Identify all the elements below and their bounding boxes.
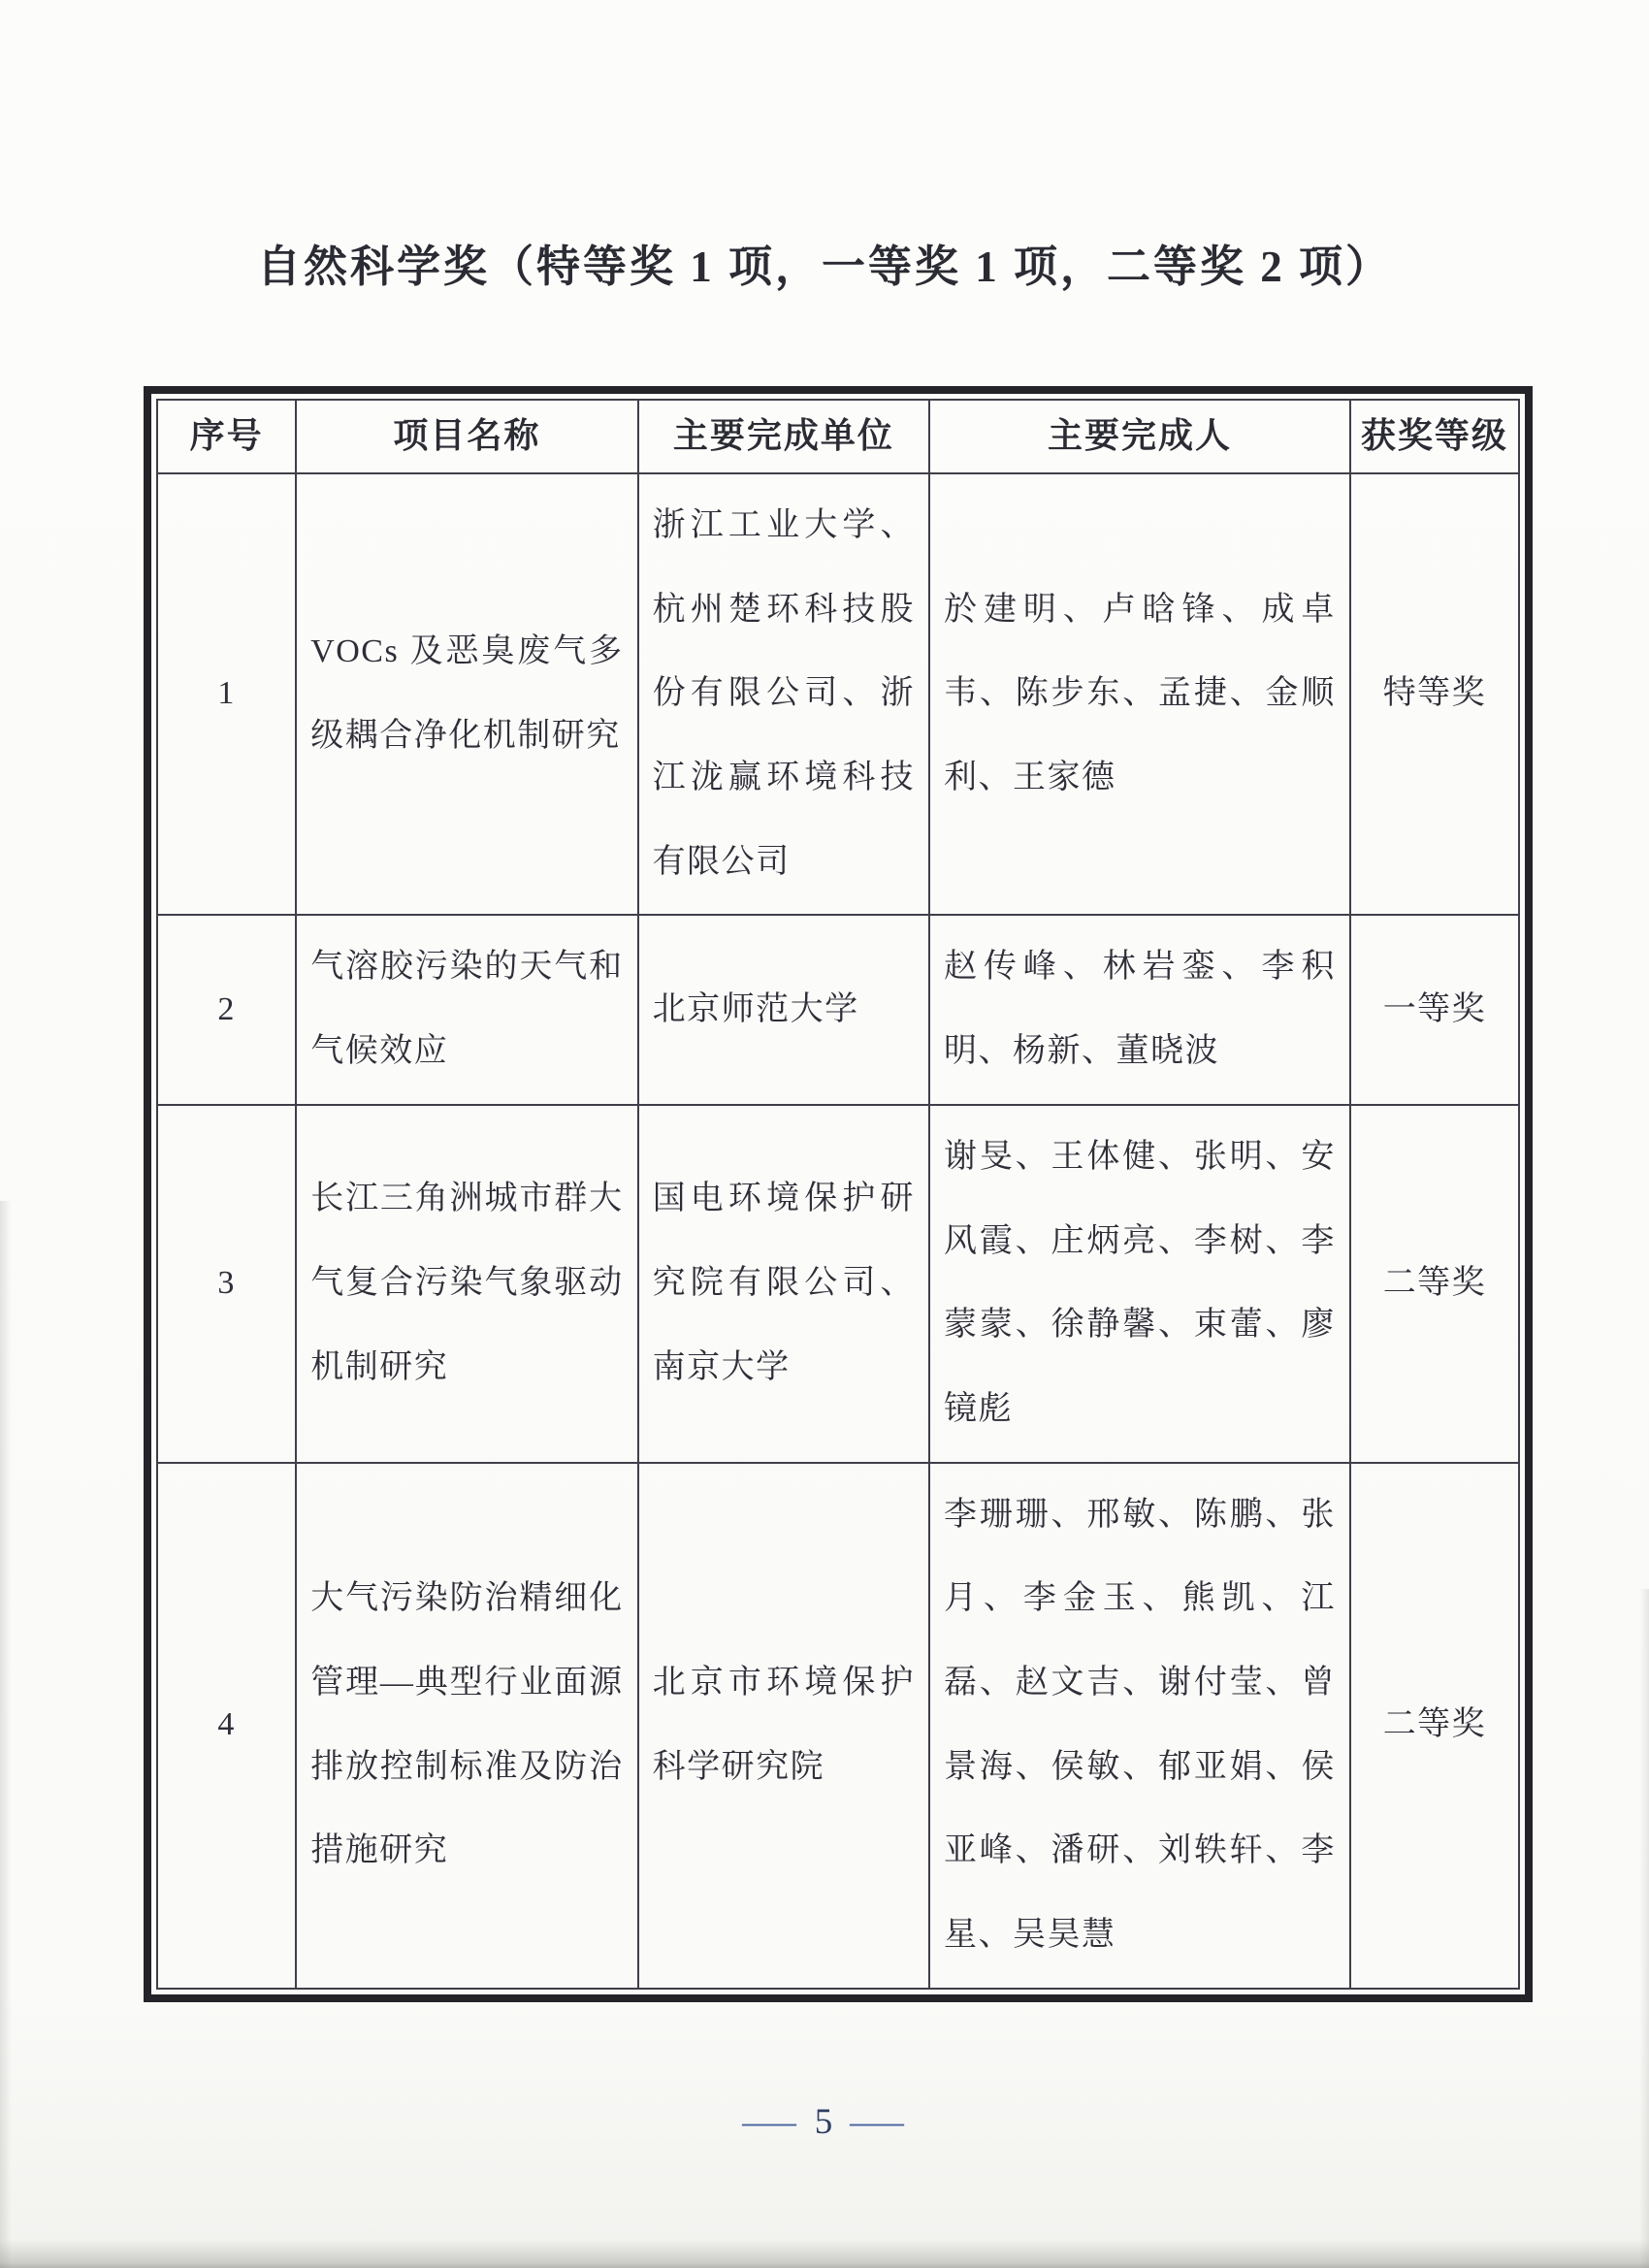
units-cell: 浙江工业大学、杭州楚环科技股份有限公司、浙江泷赢环境科技有限公司 [638, 473, 929, 915]
row-number-cell: 3 [157, 1105, 296, 1463]
award-cell: 特等奖 [1350, 473, 1519, 915]
units-cell: 北京师范大学 [638, 915, 929, 1104]
awards-table: 序号 项目名称 主要完成单位 主要完成人 获奖等级 1 VOCs 及恶臭废气多级… [156, 399, 1520, 1990]
table-row: 4 大气污染防治精细化管理—典型行业面源排放控制标准及防治措施研究 北京市环境保… [157, 1463, 1519, 1989]
table-header-row: 序号 项目名称 主要完成单位 主要完成人 获奖等级 [157, 400, 1519, 473]
scanned-document-page: 自然科学奖（特等奖 1 项，一等奖 1 项，二等奖 2 项） 序号 项目名称 主… [0, 0, 1649, 2268]
people-cell: 赵传峰、林岩銮、李积明、杨新、董晓波 [929, 915, 1350, 1104]
footer-dash-right: — [851, 2101, 908, 2143]
column-header-no: 序号 [157, 400, 296, 473]
scan-artifact-bottom-band [0, 2239, 1649, 2268]
page-number: —5— [0, 2101, 1649, 2143]
project-name-cell: 气溶胶污染的天气和气候效应 [296, 915, 637, 1104]
scan-artifact-right-edge [1639, 1589, 1649, 2268]
project-name-cell: VOCs 及恶臭废气多级耦合净化机制研究 [296, 473, 637, 915]
award-cell: 二等奖 [1350, 1463, 1519, 1989]
people-cell: 谢旻、王体健、张明、安风霞、庄炳亮、李树、李蒙蒙、徐静馨、束蕾、廖镜彪 [929, 1105, 1350, 1463]
project-name-cell: 长江三角洲城市群大气复合污染气象驱动机制研究 [296, 1105, 637, 1463]
column-header-units: 主要完成单位 [638, 400, 929, 473]
page-title: 自然科学奖（特等奖 1 项，一等奖 1 项，二等奖 2 项） [0, 231, 1649, 294]
table-row: 2 气溶胶污染的天气和气候效应 北京师范大学 赵传峰、林岩銮、李积明、杨新、董晓… [157, 915, 1519, 1104]
award-cell: 二等奖 [1350, 1105, 1519, 1463]
units-cell: 北京市环境保护科学研究院 [638, 1463, 929, 1989]
row-number-cell: 1 [157, 473, 296, 915]
row-number-cell: 4 [157, 1463, 296, 1989]
people-cell: 於建明、卢晗锋、成卓韦、陈步东、孟捷、金顺利、王家德 [929, 473, 1350, 915]
award-cell: 一等奖 [1350, 915, 1519, 1104]
column-header-people: 主要完成人 [929, 400, 1350, 473]
footer-dash-left: — [742, 2101, 799, 2143]
row-number-cell: 2 [157, 915, 296, 1104]
scan-artifact-left-edge [0, 1201, 12, 2268]
project-name-cell: 大气污染防治精细化管理—典型行业面源排放控制标准及防治措施研究 [296, 1463, 637, 1989]
units-cell: 国电环境保护研究院有限公司、南京大学 [638, 1105, 929, 1463]
column-header-award: 获奖等级 [1350, 400, 1519, 473]
people-cell: 李珊珊、邢敏、陈鹏、张月、李金玉、熊凯、江磊、赵文吉、谢付莹、曾景海、侯敏、郁亚… [929, 1463, 1350, 1989]
table-outer-frame: 序号 项目名称 主要完成单位 主要完成人 获奖等级 1 VOCs 及恶臭废气多级… [144, 386, 1533, 2002]
table-row: 1 VOCs 及恶臭废气多级耦合净化机制研究 浙江工业大学、杭州楚环科技股份有限… [157, 473, 1519, 915]
column-header-project: 项目名称 [296, 400, 637, 473]
table-row: 3 长江三角洲城市群大气复合污染气象驱动机制研究 国电环境保护研究院有限公司、南… [157, 1105, 1519, 1463]
footer-page-number: 5 [815, 2102, 835, 2142]
awards-table-container: 序号 项目名称 主要完成单位 主要完成人 获奖等级 1 VOCs 及恶臭废气多级… [144, 386, 1533, 2002]
